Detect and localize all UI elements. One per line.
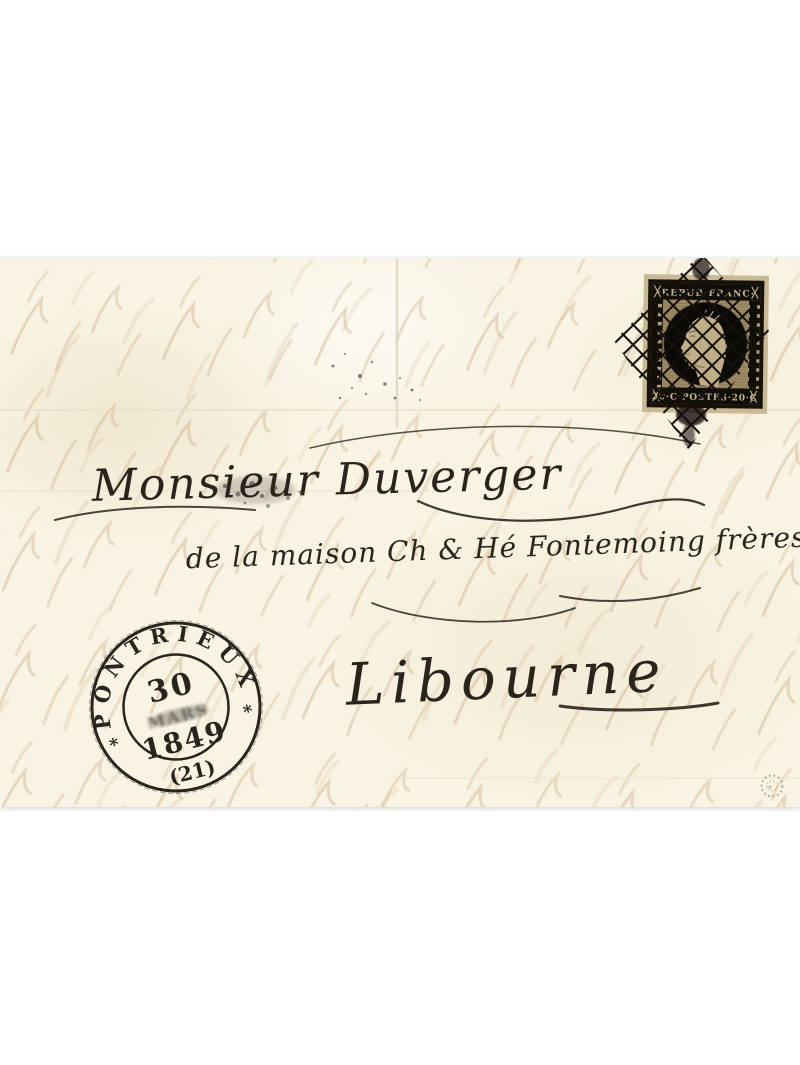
- photo-canvas: Monsieur Duverger de la maison Ch & Hé F…: [0, 0, 800, 1065]
- envelope-photo: Monsieur Duverger de la maison Ch & Hé F…: [0, 258, 800, 807]
- envelope-art: Monsieur Duverger de la maison Ch & Hé F…: [0, 258, 800, 807]
- address-line-3: Libourne: [343, 637, 669, 719]
